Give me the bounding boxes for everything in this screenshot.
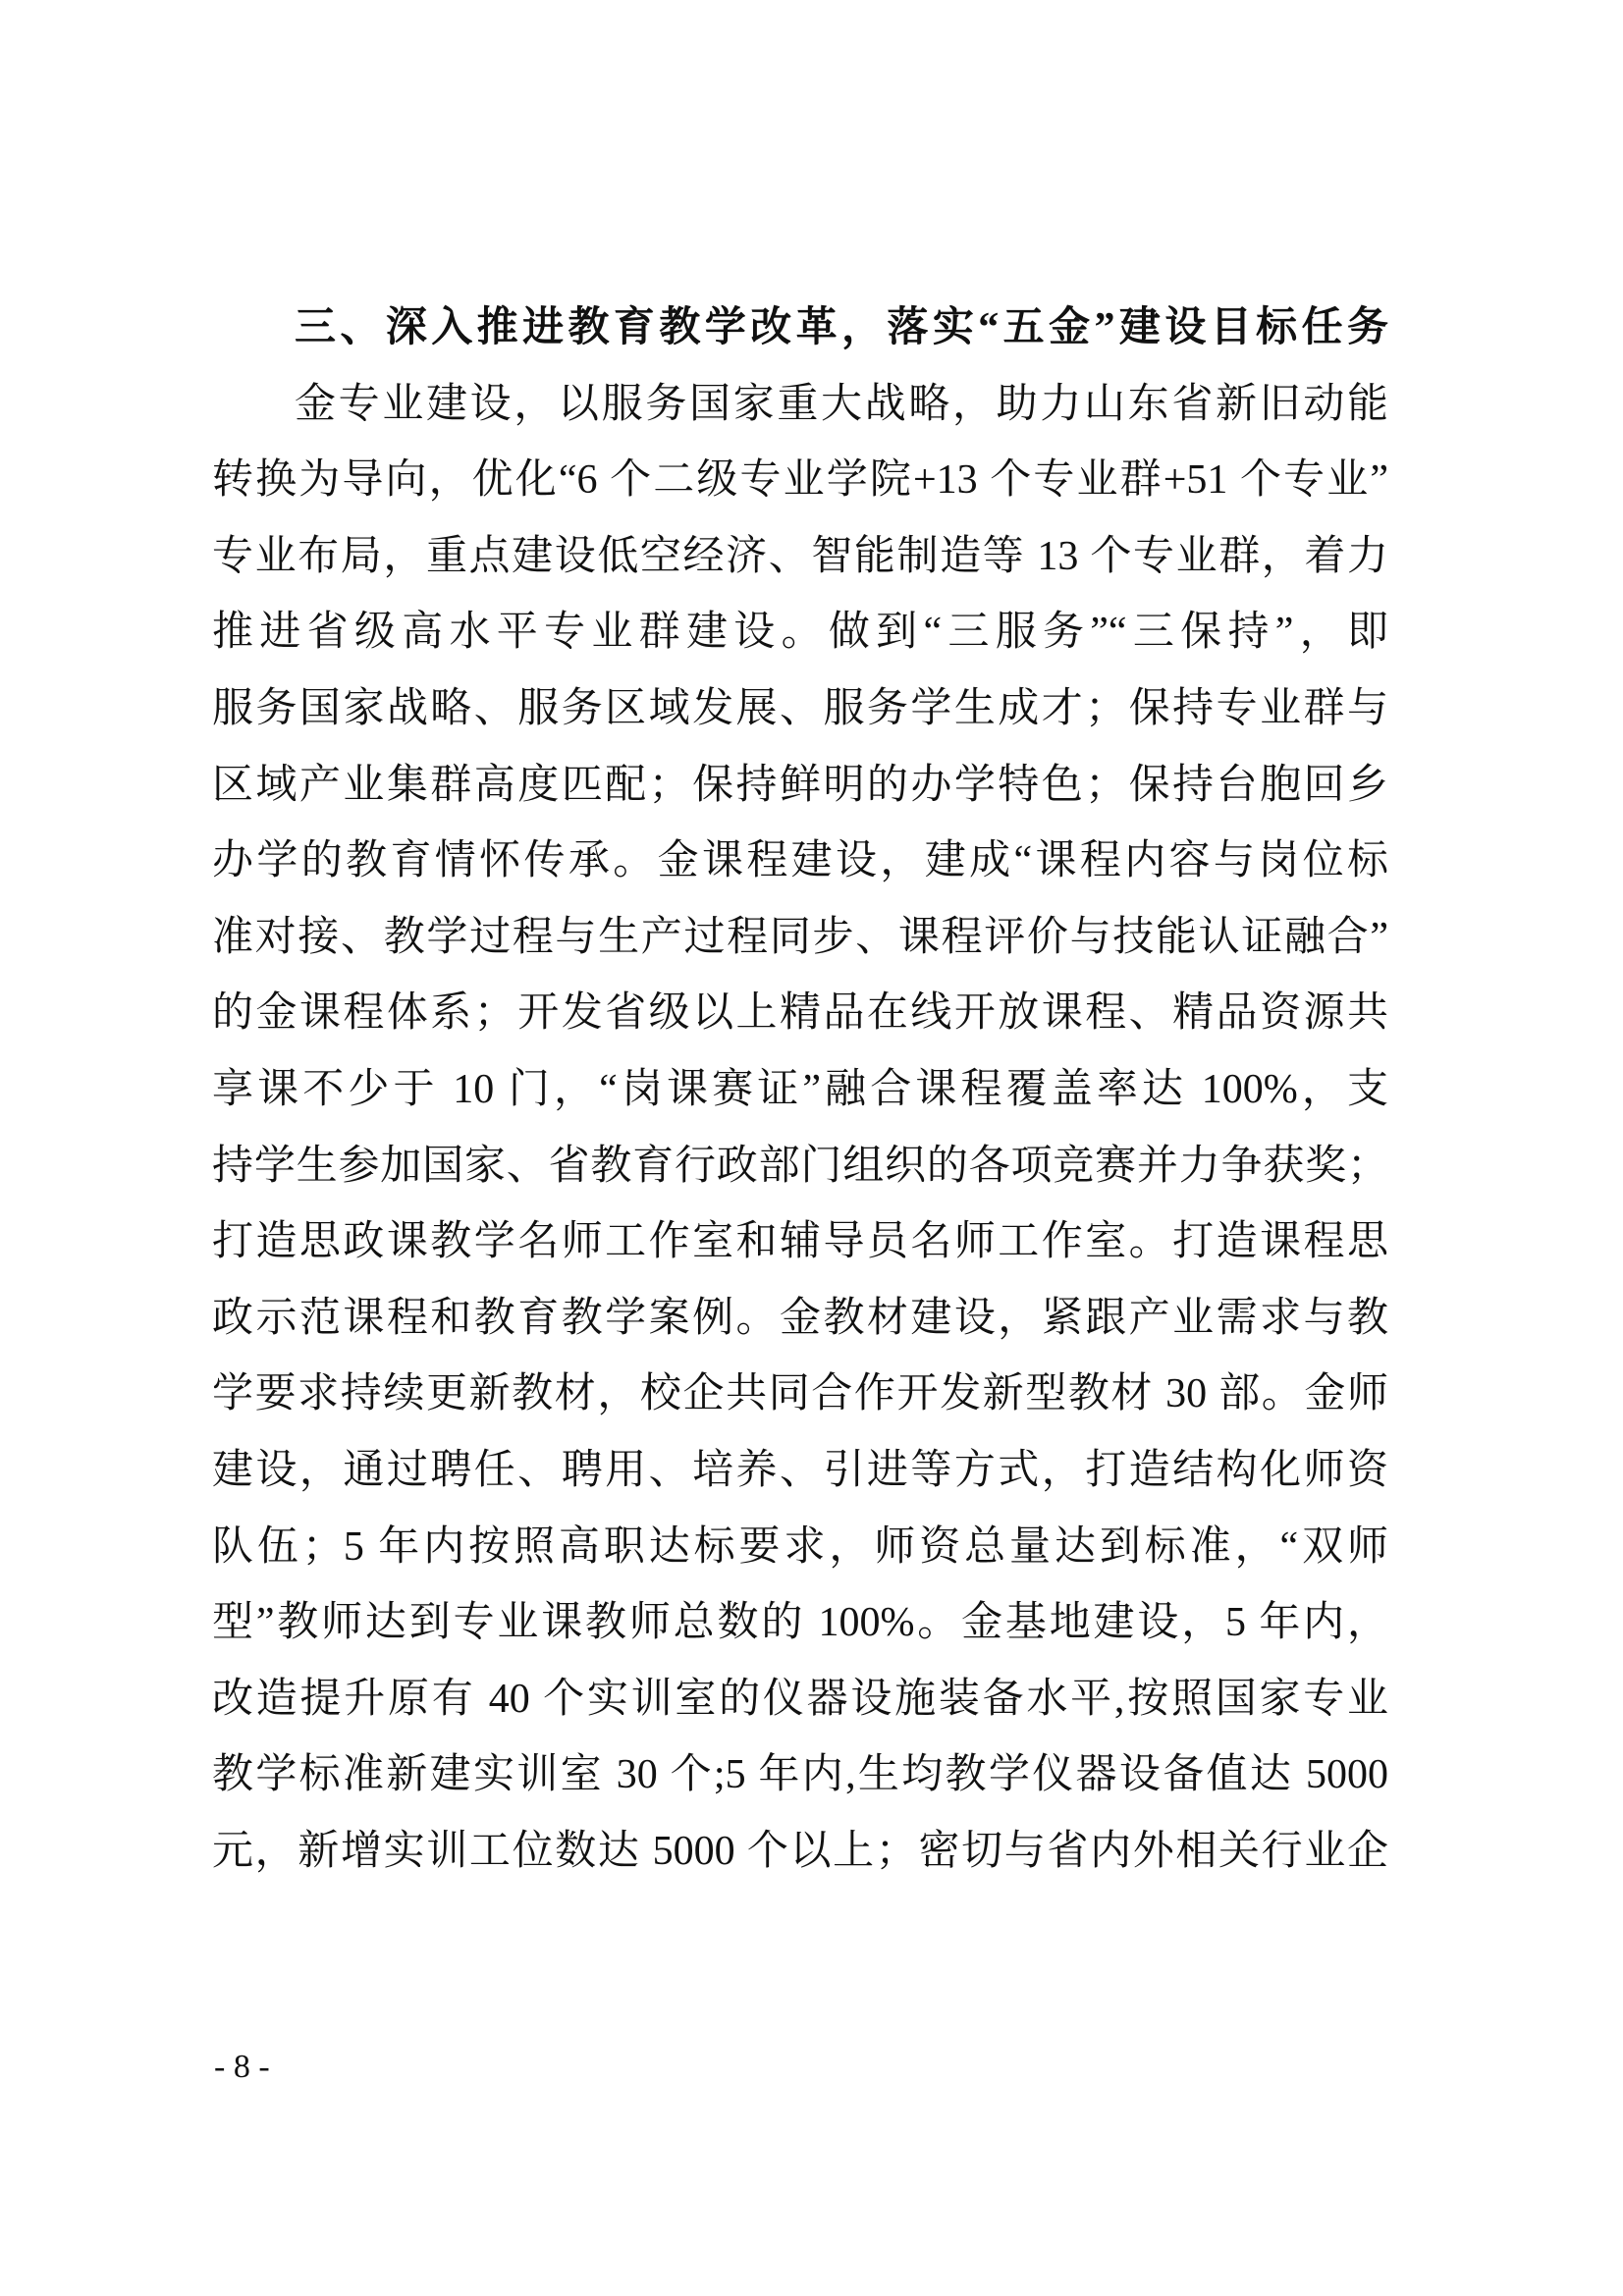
body-line: 享课不少于 10 门，“岗课赛证”融合课程覆盖率达 100%，支 xyxy=(212,1052,1388,1129)
document-page: { "page": { "background": "#ffffff", "te… xyxy=(0,0,1623,2296)
body-line: 元，新增实训工位数达 5000 个以上；密切与省内外相关行业企 xyxy=(212,1814,1388,1891)
body-line: 的金课程体系；开发省级以上精品在线开放课程、精品资源共 xyxy=(212,976,1388,1052)
body-line: 推进省级高水平专业群建设。做到“三服务”“三保持”，即 xyxy=(212,595,1388,671)
page-number: - 8 - xyxy=(214,2048,270,2087)
body-line: 区域产业集群高度匹配；保持鲜明的办学特色；保持台胞回乡 xyxy=(212,748,1388,825)
body-line: 专业布局，重点建设低空经济、智能制造等 13 个专业群，着力 xyxy=(212,519,1388,596)
body-line: 打造思政课教学名师工作室和辅导员名师工作室。打造课程思 xyxy=(212,1204,1388,1281)
body-line: 教学标准新建实训室 30 个;5 年内,生均教学仪器设备值达 5000 xyxy=(212,1737,1388,1814)
body-line: 型”教师达到专业课教师总数的 100%。金基地建设，5 年内， xyxy=(212,1585,1388,1662)
body-line: 办学的教育情怀传承。金课程建设，建成“课程内容与岗位标 xyxy=(212,824,1388,900)
body-line: 队伍；5 年内按照高职达标要求，师资总量达到标准，“双师 xyxy=(212,1510,1388,1586)
document-body: 三、深入推进教育教学改革，落实“五金”建设目标任务 金专业建设，以服务国家重大战… xyxy=(212,291,1388,1890)
section-heading: 三、深入推进教育教学改革，落实“五金”建设目标任务 xyxy=(212,291,1388,367)
page-sheet: 三、深入推进教育教学改革，落实“五金”建设目标任务 金专业建设，以服务国家重大战… xyxy=(0,0,1623,2296)
body-line: 建设，通过聘任、聘用、培养、引进等方式，打造结构化师资 xyxy=(212,1433,1388,1510)
body-line: 持学生参加国家、省教育行政部门组织的各项竞赛并力争获奖； xyxy=(212,1129,1388,1205)
body-line: 政示范课程和教育教学案例。金教材建设，紧跟产业需求与教 xyxy=(212,1281,1388,1358)
body-line: 改造提升原有 40 个实训室的仪器设施装备水平,按照国家专业 xyxy=(212,1662,1388,1738)
body-line: 金专业建设，以服务国家重大战略，助力山东省新旧动能 xyxy=(212,367,1388,444)
body-line: 学要求持续更新教材，校企共同合作开发新型教材 30 部。金师 xyxy=(212,1357,1388,1433)
body-line: 转换为导向，优化“6 个二级专业学院+13 个专业群+51 个专业” xyxy=(212,443,1388,519)
body-line: 服务国家战略、服务区域发展、服务学生成才；保持专业群与 xyxy=(212,671,1388,748)
body-line: 准对接、教学过程与生产过程同步、课程评价与技能认证融合” xyxy=(212,900,1388,977)
